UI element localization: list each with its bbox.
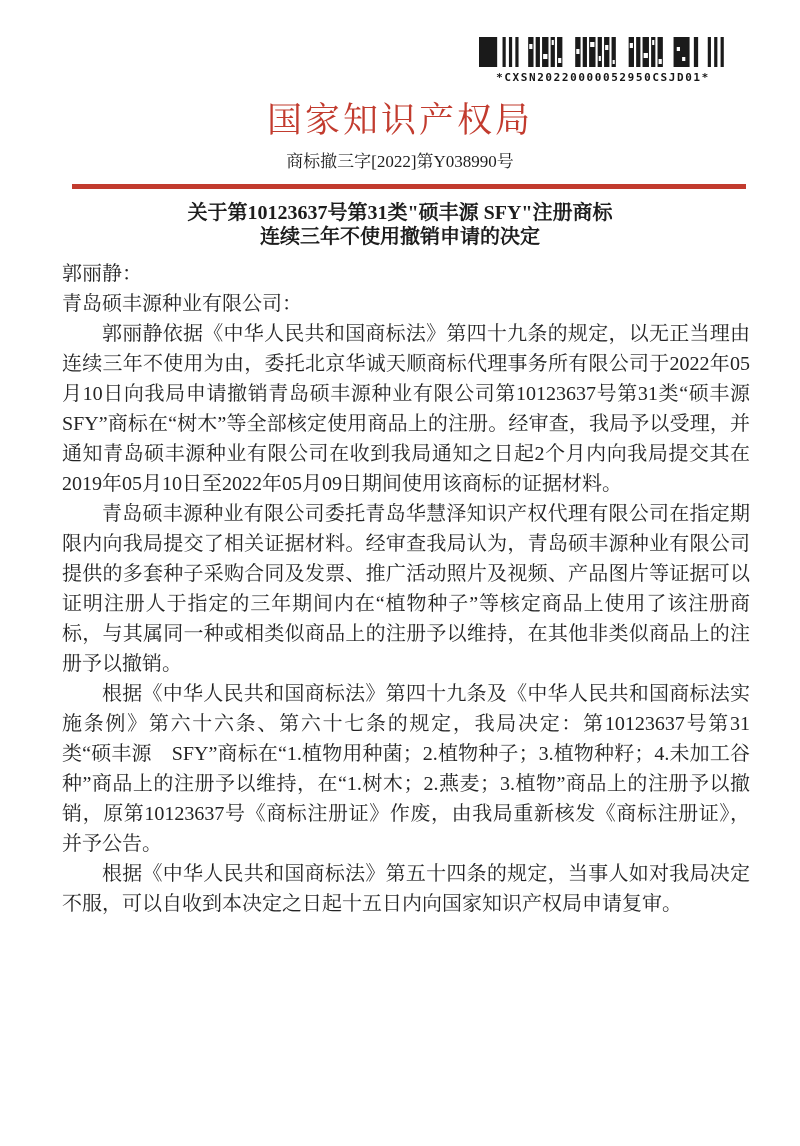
barcode-graphic — [479, 37, 727, 70]
body-paragraph: 根据《中华人民共和国商标法》第四十九条及《中华人民共和国商标法实施条例》第六十六… — [62, 679, 750, 859]
red-divider — [72, 184, 746, 189]
doc-number: 商标撤三字[2022]第Y038990号 — [0, 147, 800, 172]
decision-title-line1: 关于第10123637号第31类"硕丰源 SFY"注册商标 — [0, 201, 800, 225]
document-body: 郭丽静： 青岛硕丰源种业有限公司： 郭丽静依据《中华人民共和国商标法》第四十九条… — [62, 259, 750, 919]
decision-title-line2: 连续三年不使用撤销申请的决定 — [0, 225, 800, 249]
decision-title: 关于第10123637号第31类"硕丰源 SFY"注册商标 连续三年不使用撤销申… — [0, 201, 800, 249]
body-paragraph: 青岛硕丰源种业有限公司委托青岛华慧泽知识产权代理有限公司在指定期限内向我局提交了… — [62, 499, 750, 679]
barcode-block: *CXSN20220000052950CSJD01* — [479, 37, 727, 84]
addressee-line: 郭丽静： — [62, 259, 750, 289]
agency-title: 国家知识产权局 — [0, 93, 800, 143]
scanned-document-page: *CXSN20220000052950CSJD01* 国家知识产权局 商标撤三字… — [0, 0, 800, 1146]
barcode-text: *CXSN20220000052950CSJD01* — [479, 71, 727, 84]
body-paragraph: 根据《中华人民共和国商标法》第五十四条的规定，当事人如对我局决定不服，可以自收到… — [62, 859, 750, 919]
addressee-line: 青岛硕丰源种业有限公司： — [62, 289, 750, 319]
body-paragraph: 郭丽静依据《中华人民共和国商标法》第四十九条的规定，以无正当理由连续三年不使用为… — [62, 319, 750, 499]
